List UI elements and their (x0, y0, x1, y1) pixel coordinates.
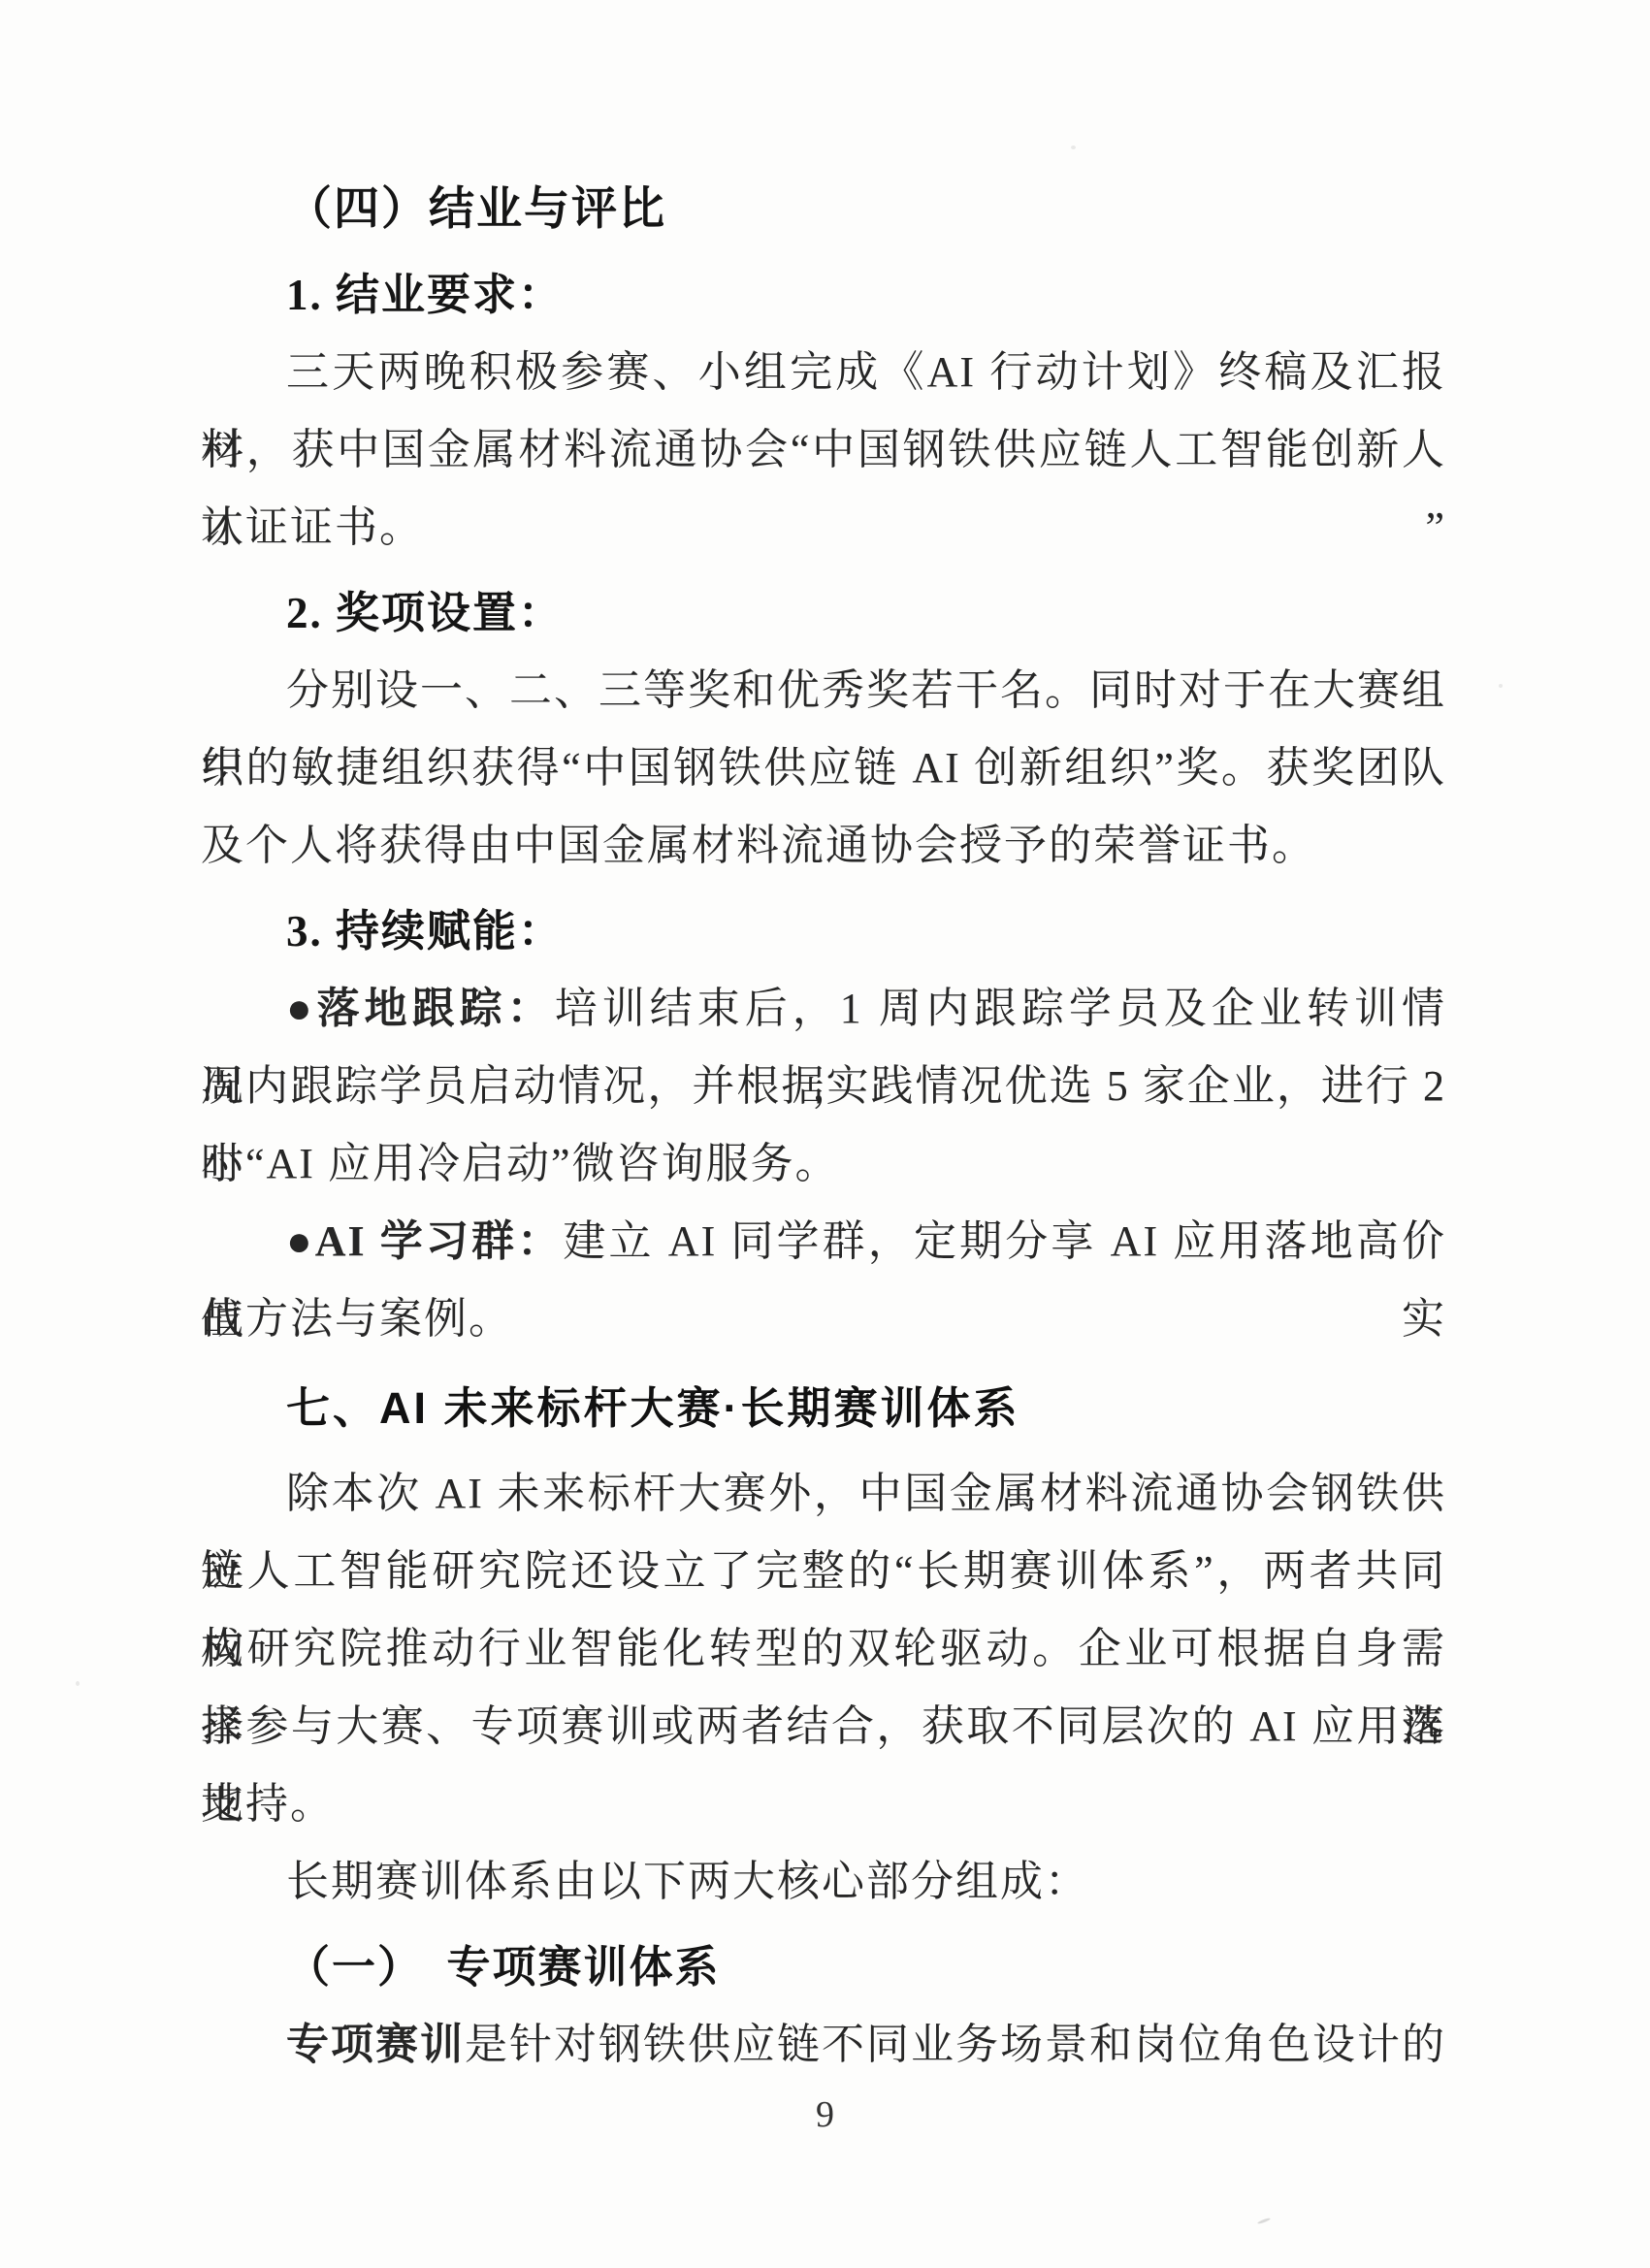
text-run: 中的敏捷组织获得“中国钢铁供应链 AI 创新组织”奖。获奖团队 (201, 744, 1446, 792)
scan-speckle (1071, 146, 1076, 149)
paragraph-line: 链人工智能研究院还设立了完整的“长期赛训体系”，两者共同构 (201, 1533, 1446, 1610)
paragraph-line: 周内跟踪学员启动情况，并根据实践情况优选 5 家企业，进行 2 小 (201, 1048, 1446, 1125)
scan-speckle (1257, 2218, 1271, 2225)
text-run: 支持。 (201, 1780, 335, 1828)
scan-speckle (1499, 684, 1503, 688)
paragraph-line: 中的敏捷组织获得“中国钢铁供应链 AI 创新组织”奖。获奖团队 (201, 729, 1446, 807)
text-run: 是针对钢铁供应链不同业务场景和岗位角色设计的 (465, 2021, 1446, 2068)
emphasis-text: 七、AI 未来标杆大赛·长期赛训体系 (286, 1383, 1020, 1433)
emphasis-text: 2. 奖项设置： (286, 589, 564, 637)
paragraph-line: 料，获中国金属材料流通协会“中国钢铁供应链人工智能创新人才” (201, 411, 1446, 489)
page-number: 9 (0, 2086, 1650, 2144)
paragraph-line: 时“AI 应用冷启动”微咨询服务。 (201, 1125, 1446, 1203)
paragraph-line: 择参与大赛、专项赛训或两者结合，获取不同层次的 AI 应用落地 (201, 1688, 1446, 1766)
paragraph-line: 长期赛训体系由以下两大核心部分组成： (201, 1843, 1446, 1921)
text-run: 认证证书。 (201, 503, 424, 551)
emphasis-text: 专项赛训 (286, 2021, 465, 2068)
text-run: 战方法与案例。 (201, 1295, 513, 1343)
numbered-heading: 1. 结业要求： (201, 256, 1446, 334)
section-heading: （四）结业与评比 (201, 171, 1446, 248)
paragraph-line: 及个人将获得由中国金属材料流通协会授予的荣誉证书。 (201, 807, 1446, 885)
emphasis-text: ●AI 学习群： (286, 1217, 563, 1265)
text-run: 长期赛训体系由以下两大核心部分组成： (286, 1858, 1089, 1905)
paragraph-line: 三天两晚积极参赛、小组完成《AI 行动计划》终稿及汇报材 (201, 334, 1446, 411)
emphasis-text: ●落地跟踪： (286, 985, 555, 1032)
emphasis-text: （一） 专项赛训体系 (286, 1943, 721, 1992)
text-run: 时“AI 应用冷启动”微咨询服务。 (201, 1140, 840, 1187)
emphasis-text: 1. 结业要求： (286, 271, 564, 319)
text-run: 及个人将获得由中国金属材料流通协会授予的荣誉证书。 (201, 822, 1316, 869)
chapter-heading: 七、AI 未来标杆大赛·长期赛训体系 (201, 1370, 1446, 1447)
paragraph-line: 成研究院推动行业智能化转型的双轮驱动。企业可根据自身需求选 (201, 1610, 1446, 1688)
bullet-line: ●AI 学习群：建立 AI 同学群，定期分享 AI 应用落地高价值实 (201, 1203, 1446, 1280)
paragraph-line: 支持。 (201, 1766, 1446, 1843)
paragraph-line: 分别设一、二、三等奖和优秀奖若干名。同时对于在大赛组织 (201, 652, 1446, 729)
paragraph-line: 专项赛训是针对钢铁供应链不同业务场景和岗位角色设计的 (201, 2006, 1446, 2084)
document-body: （四）结业与评比1. 结业要求：三天两晚积极参赛、小组完成《AI 行动计划》终稿… (201, 171, 1446, 2084)
numbered-heading: 3. 持续赋能： (201, 892, 1446, 970)
emphasis-text: （四）结业与评比 (286, 184, 666, 235)
paragraph-line: 除本次 AI 未来标杆大赛外，中国金属材料流通协会钢铁供应 (201, 1455, 1446, 1533)
scan-speckle (76, 1681, 80, 1686)
document-page: （四）结业与评比1. 结业要求：三天两晚积极参赛、小组完成《AI 行动计划》终稿… (0, 0, 1650, 2268)
numbered-heading: （一） 专项赛训体系 (201, 1928, 1446, 2006)
numbered-heading: 2. 奖项设置： (201, 574, 1446, 652)
emphasis-text: 3. 持续赋能： (286, 907, 564, 956)
bullet-line: ●落地跟踪：培训结束后，1 周内跟踪学员及企业转训情况，2 (201, 970, 1446, 1048)
